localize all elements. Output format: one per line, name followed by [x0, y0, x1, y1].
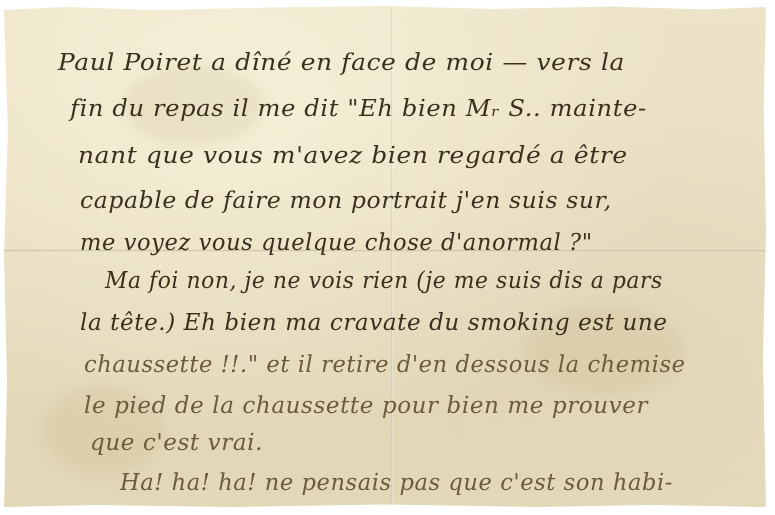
letter-body: Paul Poiret a dîné en face de moi — vers… — [0, 0, 775, 515]
letter-line-9: le pied de la chaussette pour bien me pr… — [84, 393, 648, 419]
letter-line-4: capable de faire mon portrait j'en suis … — [80, 188, 612, 214]
letter-line-7: la tête.) Eh bien ma cravate du smoking … — [80, 310, 668, 336]
letter-line-1: Paul Poiret a dîné en face de moi — vers… — [58, 50, 625, 76]
letter-line-2: fin du repas il me dit "Eh bien Mᵣ S.. m… — [70, 96, 647, 122]
letter-line-11: Ha! ha! ha! ne pensais pas que c'est son… — [120, 470, 673, 496]
letter-line-6: Ma foi non, je ne vois rien (je me suis … — [105, 268, 663, 294]
letter-line-8: chaussette !!." et il retire d'en dessou… — [84, 352, 686, 378]
letter-line-10: que c'est vrai. — [90, 430, 263, 456]
letter-line-5: me voyez vous quelque chose d'anormal ?" — [80, 230, 593, 256]
letter-line-3: nant que vous m'avez bien regardé a être — [78, 143, 628, 169]
